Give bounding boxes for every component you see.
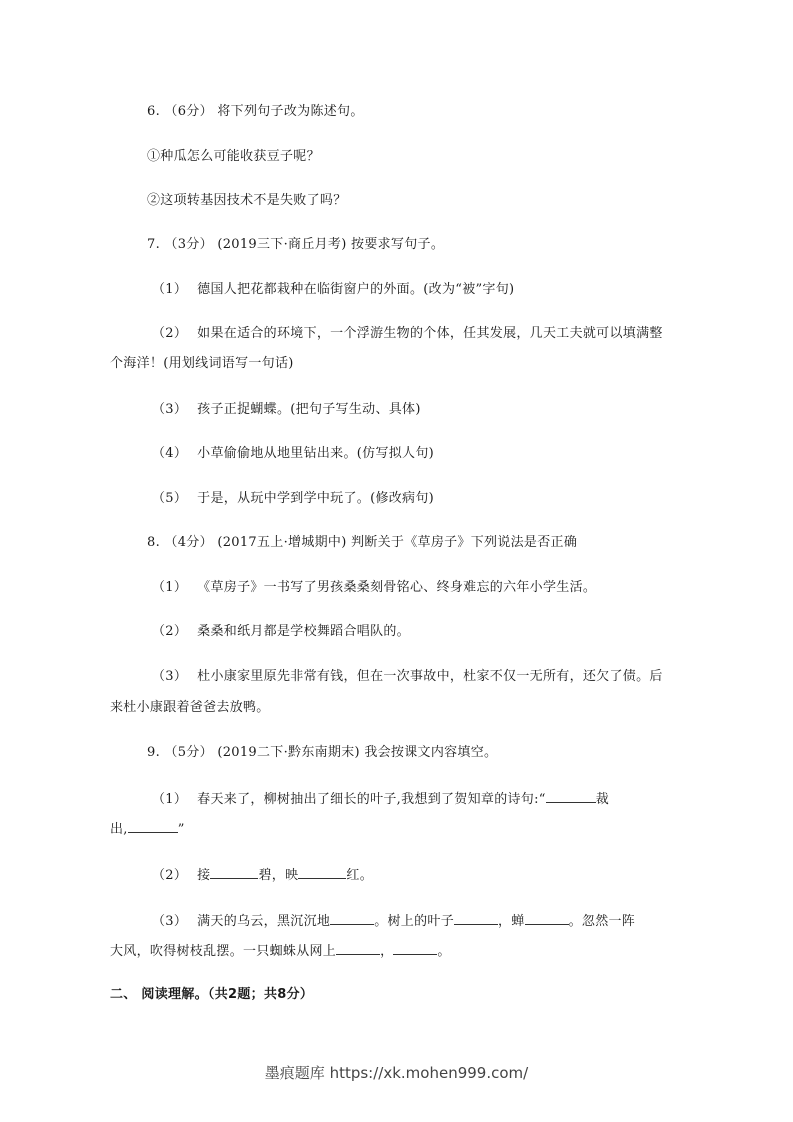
question-8-item-1: （1）《草房子》一书写了男孩桑桑刻骨铭心、终身难忘的六年小学生活。 — [152, 580, 596, 596]
question-8-item-3-continued: 来杜小康跟着爸爸去放鸭。 — [110, 700, 270, 716]
question-7-item-1: （1）德国人把花都栽种在临街窗户的外面。(改为“被”字句) — [152, 282, 514, 298]
answer-blank[interactable] — [454, 912, 498, 925]
answer-blank[interactable] — [393, 942, 437, 955]
item-text: ，蝉 — [498, 914, 525, 929]
question-7-item-3: （3）孩子正捉蝴蝶。(把句子写生动、具体) — [152, 402, 421, 418]
question-7-item-4: （4）小草偷偷地从地里钻出来。(仿写拟人句) — [152, 446, 434, 462]
footer-watermark: 墨痕题库 https://xk.mohen999.com/ — [0, 1062, 793, 1083]
item-text: 。忽然一阵 — [569, 914, 636, 929]
question-6-item-2: ②这项转基因技术不是失败了吗？ — [147, 193, 347, 209]
answer-blank[interactable] — [336, 942, 380, 955]
item-number: （1） — [152, 282, 187, 297]
item-text: 《草房子》一书写了男孩桑桑刻骨铭心、终身难忘的六年小学生活。 — [197, 580, 596, 595]
item-number: （2） — [152, 326, 187, 341]
question-7-item-5: （5）于是，从玩中学到学中玩了。(修改病句) — [152, 491, 434, 507]
question-8-item-2: （2）桑桑和纸月都是学校舞蹈合唱队的。 — [152, 624, 410, 640]
item-text: 小草偷偷地从地里钻出来。(仿写拟人句) — [197, 446, 434, 461]
section-title: 二、 阅读理解。（共2题；共8分） — [110, 987, 313, 1003]
question-6-item-1: ①种瓜怎么可能收获豆子呢？ — [147, 149, 320, 165]
item-number: （4） — [152, 446, 187, 461]
answer-blank[interactable] — [210, 866, 258, 879]
item-number: （1） — [152, 580, 187, 595]
item-text: 桑桑和纸月都是学校舞蹈合唱队的。 — [197, 624, 410, 639]
item-text: 德国人把花都栽种在临街窗户的外面。(改为“被”字句) — [197, 282, 514, 297]
answer-blank[interactable] — [546, 790, 596, 803]
item-number: （3） — [152, 402, 187, 417]
question-9-item-2: （2）接碧，映红。 — [152, 866, 373, 884]
item-text: 。 — [437, 944, 450, 959]
item-number: （3） — [152, 914, 187, 929]
item-number: （2） — [152, 868, 187, 883]
item-number: （1） — [152, 792, 187, 807]
answer-blank[interactable] — [128, 820, 178, 833]
item-text: 于是，从玩中学到学中玩了。(修改病句) — [197, 491, 434, 506]
item-text: 出, — [110, 822, 128, 837]
item-text: 。树上的叶子 — [374, 914, 454, 929]
item-text: 大风，吹得树枝乱摆。一只蜘蛛从网上 — [110, 944, 336, 959]
item-text: 满天的乌云，黑沉沉地 — [197, 914, 330, 929]
item-number: （5） — [152, 491, 187, 506]
answer-blank[interactable] — [298, 866, 346, 879]
item-number: （2） — [152, 624, 187, 639]
question-9-header: 9. （5分） (2019二下·黔东南期末) 我会按课文内容填空。 — [147, 745, 497, 761]
question-7-item-2: （2）如果在适合的环境下，一个浮游生物的个体，任其发展，几天工夫就可以填满整 — [152, 326, 663, 342]
item-text: ” — [178, 822, 185, 837]
item-text: ， — [380, 944, 393, 959]
item-text: 红。 — [346, 868, 373, 883]
item-text: 孩子正捉蝴蝶。(把句子写生动、具体) — [197, 402, 421, 417]
item-text: 如果在适合的环境下，一个浮游生物的个体，任其发展，几天工夫就可以填满整 — [197, 326, 663, 341]
answer-blank[interactable] — [330, 912, 374, 925]
item-number: （3） — [152, 669, 187, 684]
item-text: 杜小康家里原先非常有钱，但在一次事故中，杜家不仅一无所有，还欠了债。后 — [197, 669, 663, 684]
question-9-item-3-continued: 大风，吹得树枝乱摆。一只蜘蛛从网上，。 — [110, 942, 451, 960]
question-8-header: 8. （4分） (2017五上·增城期中) 判断关于《草房子》下列说法是否正确 — [147, 535, 577, 551]
answer-blank[interactable] — [525, 912, 569, 925]
question-9-item-3: （3）满天的乌云，黑沉沉地。树上的叶子，蝉。忽然一阵 — [152, 912, 635, 930]
question-9-item-1: （1）春天来了，柳树抽出了细长的叶子,我想到了贺知章的诗句:“裁 — [152, 790, 609, 808]
item-text: 碧，映 — [258, 868, 298, 883]
item-text: 春天来了，柳树抽出了细长的叶子,我想到了贺知章的诗句:“ — [197, 792, 546, 807]
question-6-header: 6. （6分） 将下列句子改为陈述句。 — [147, 104, 364, 120]
question-9-item-1-continued: 出,” — [110, 820, 185, 838]
question-7-header: 7. （3分） (2019三下·商丘月考) 按要求写句子。 — [147, 237, 444, 253]
question-7-item-2-continued: 个海洋！(用划线词语写一句话) — [110, 356, 294, 372]
item-text: 接 — [197, 868, 210, 883]
item-text: 裁 — [596, 792, 609, 807]
question-8-item-3: （3）杜小康家里原先非常有钱，但在一次事故中，杜家不仅一无所有，还欠了债。后 — [152, 669, 663, 685]
